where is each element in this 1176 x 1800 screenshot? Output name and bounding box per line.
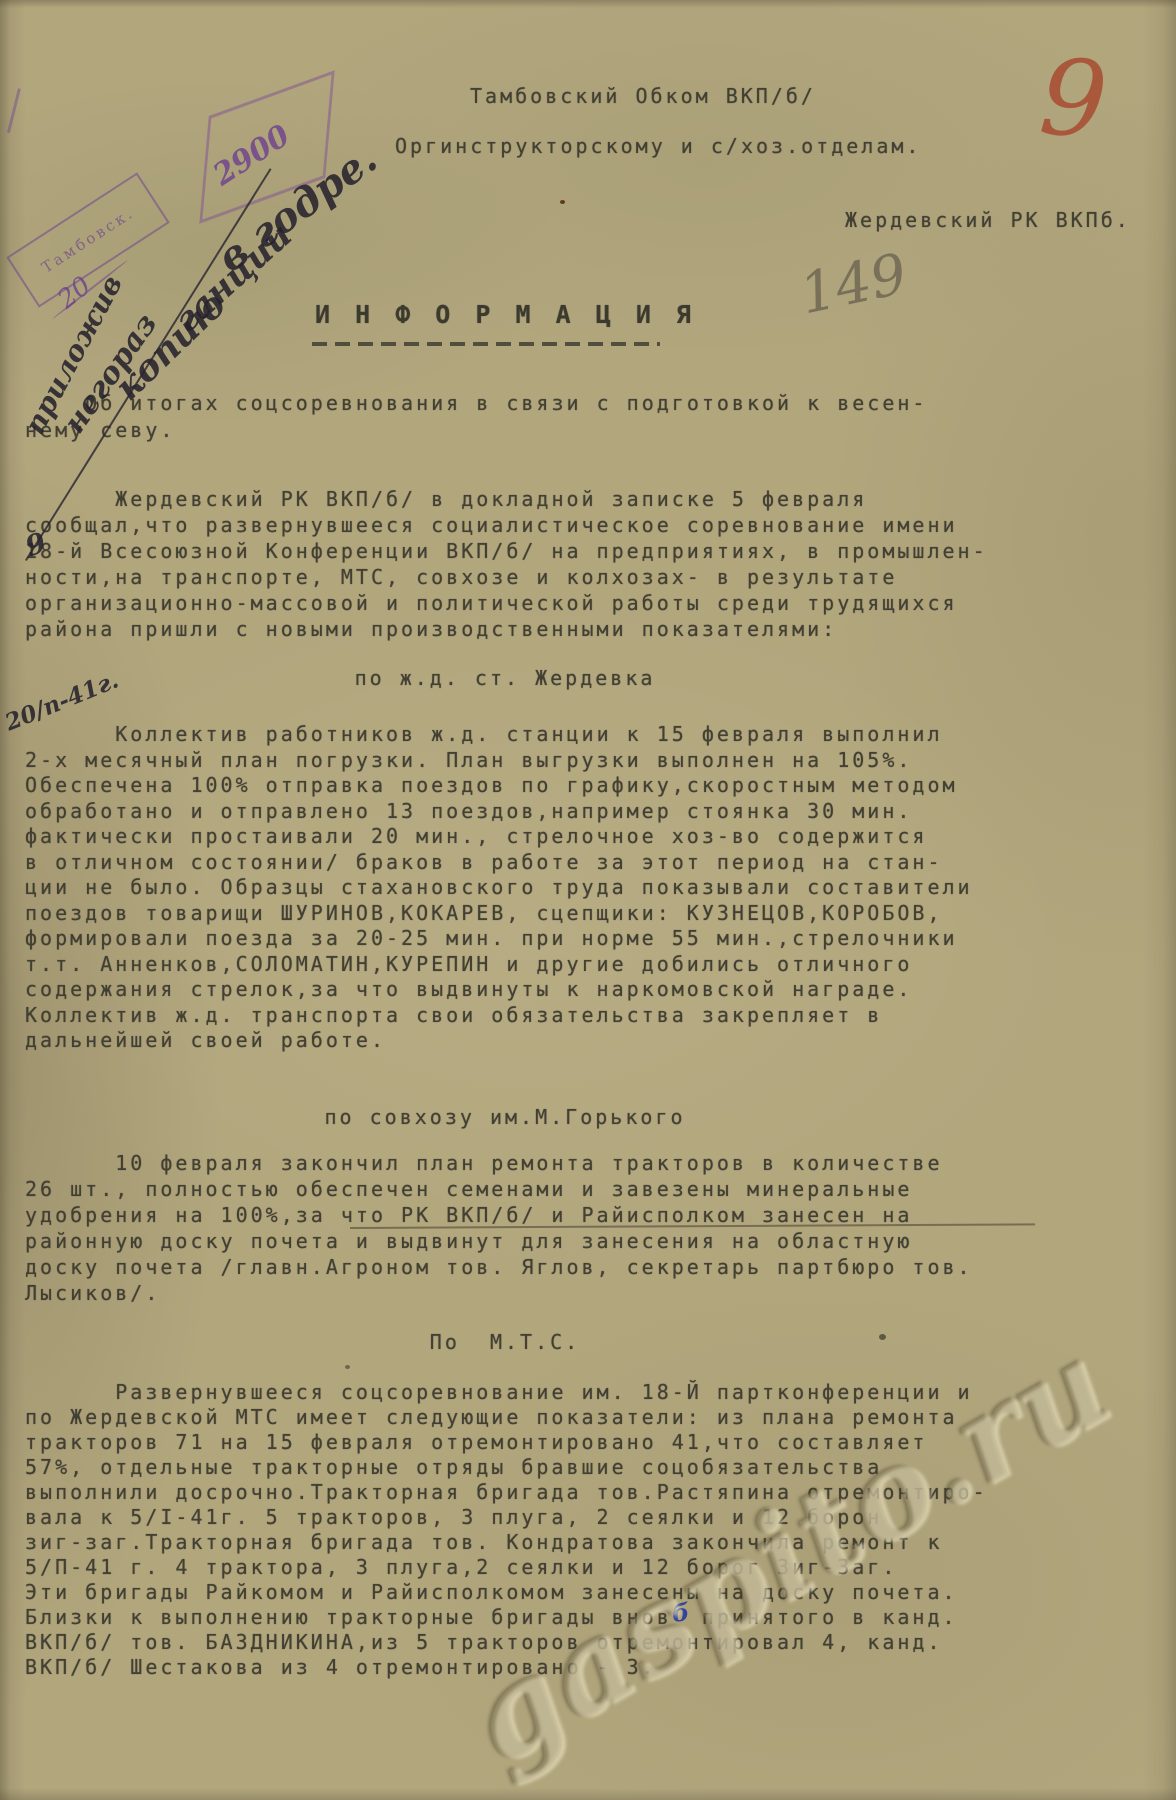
section-body-railway: Коллектив работников ж.д. станции к 15 ф…: [25, 722, 1055, 1054]
paper-speck: [560, 200, 565, 204]
section-heading-sovkhoz: по совхозу им.М.Горького: [25, 1105, 985, 1129]
title-underline: [312, 342, 660, 346]
section-heading-railway: по ж.д. ст. Жердевка: [25, 666, 985, 690]
intro-paragraph: Жердевский РК ВКП/б/ в докладной записке…: [25, 486, 1055, 642]
subject-line: Об итогах соцсоревнования в связи с подг…: [25, 390, 1055, 444]
purple-edge-mark: [7, 88, 21, 133]
recipient-line-2: Оргинструкторскому и с/хоз.отделам.: [395, 134, 921, 158]
stamp-text: Тамбовск.: [38, 203, 137, 276]
recipient-line-1: Тамбовский Обком ВКП/б/: [470, 84, 816, 108]
sender-line: Жердевский РК ВКПб.: [845, 208, 1131, 232]
document-title: И Н Ф О Р М А Ц И Я: [315, 300, 696, 329]
scanned-document-page: Тамбовский Обком ВКП/б/ Оргинструкторско…: [0, 0, 1176, 1800]
section-heading-mts: По М.Т.С.: [25, 1330, 985, 1354]
page-number: 9: [1036, 36, 1111, 162]
pencil-number: 149: [794, 242, 912, 328]
